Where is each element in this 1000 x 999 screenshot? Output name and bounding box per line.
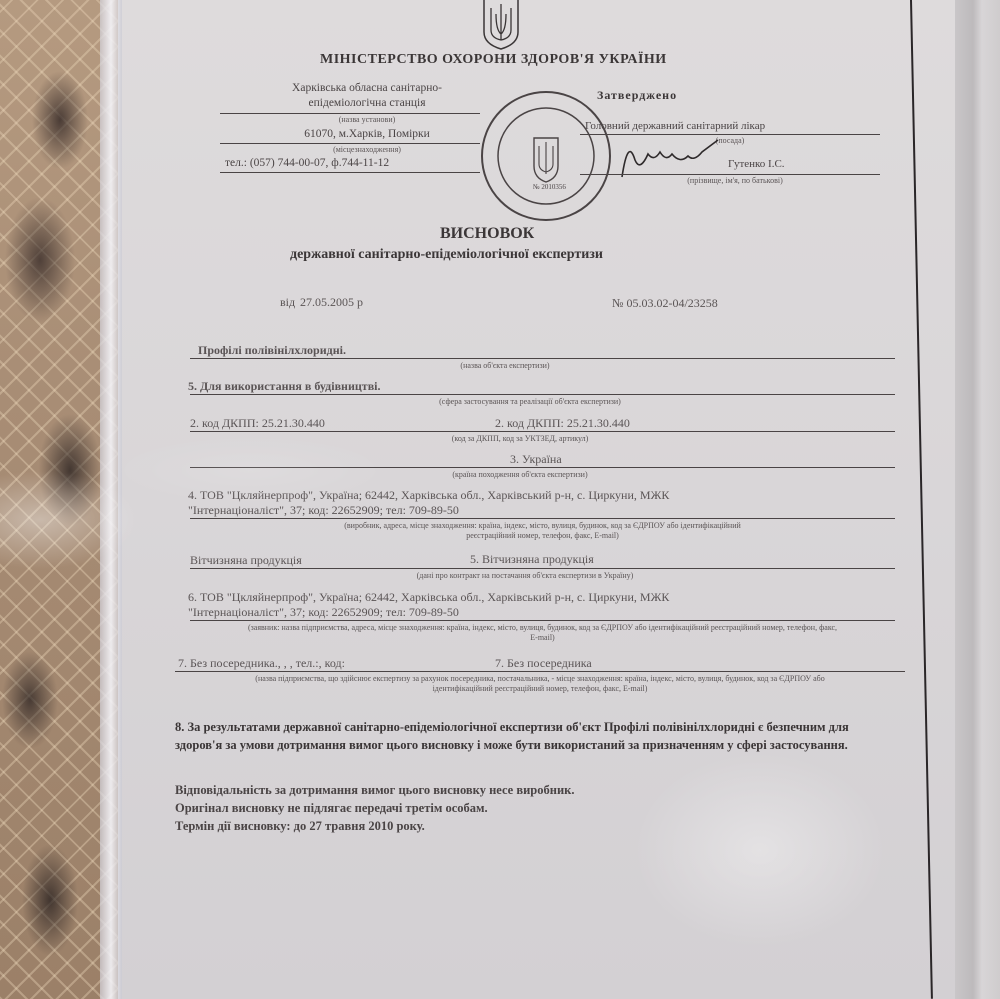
- country-field: 3. Україна: [510, 452, 562, 467]
- scope-field: 5. Для використання в будівництві.: [188, 379, 381, 394]
- import-label: Вітчизняна продукція: [190, 553, 302, 568]
- manufacturer-caption-2: реєстраційний номер, телефон, факс, E-ma…: [190, 531, 895, 540]
- manufacturer-caption-1: (виробник, адреса, місце знаходження: кр…: [190, 521, 895, 530]
- approved-label: Затверджено: [597, 88, 677, 103]
- stamp-code: № 2010356: [533, 183, 566, 191]
- institution-address: 61070, м.Харків, Помірки: [262, 128, 472, 140]
- code-right: 2. код ДКПП: 25.21.30.440: [495, 416, 630, 431]
- institution-line1: Харківська обласна санітарно-: [262, 82, 472, 94]
- intermediary-field: 7. Без посередника., , , тел.:, код:: [178, 656, 345, 671]
- country-caption: (країна походження об'єкта експертизи): [430, 470, 610, 479]
- trident-emblem-icon: [480, 0, 522, 50]
- date-label: від: [280, 295, 295, 310]
- name-caption: (прізвище, ім'я, по батькові): [670, 176, 800, 185]
- manufacturer-line1: 4. ТОВ "Цкляйнерпроф", Україна; 62442, Х…: [188, 488, 908, 503]
- code-caption: (код за ДКПП, код за УКТЗЕД, артикул): [420, 434, 620, 443]
- object-name: Профілі полівінілхлоридні.: [198, 343, 346, 358]
- official-stamp-icon: [478, 88, 614, 224]
- address-caption: (місцезнаходження): [262, 145, 472, 154]
- institution-phone: тел.: (057) 744-00-07, ф.744-11-12: [225, 157, 485, 169]
- supplier-line1: 6. ТОВ "Цкляйнерпроф", Україна; 62442, Х…: [188, 590, 908, 605]
- import-value: 5. Вітчизняна продукція: [470, 552, 594, 567]
- intermediary-right: 7. Без посередника: [495, 656, 592, 671]
- validity-note: Термін дії висновку: до 27 травня 2010 р…: [175, 819, 425, 834]
- conclusion-paragraph: 8. За результатами державної санітарно-е…: [175, 718, 875, 754]
- intermediary-caption-1: (назва підприємства, що здійснює експерт…: [175, 674, 905, 683]
- institution-line2: епідеміологічна станція: [262, 97, 472, 109]
- approver-position: Головний державний санітарний лікар: [585, 120, 765, 132]
- ministry-heading: МІНІСТЕРСТВО ОХОРОНИ ЗДОРОВ'Я УКРАЇНИ: [320, 52, 667, 68]
- responsibility-note: Відповідальність за дотримання вимог цьо…: [175, 783, 575, 798]
- supplier-line2: "Інтернаціоналіст", 37; код: 22652909; т…: [188, 605, 459, 620]
- supplier-caption-2: E-mail): [190, 633, 895, 642]
- institution-caption: (назва установи): [262, 115, 472, 124]
- object-caption: (назва об'єкта експертизи): [400, 361, 610, 370]
- code-left: 2. код ДКПП: 25.21.30.440: [190, 416, 325, 431]
- intermediary-caption-2: ідентифікаційний реєстраційний номер, те…: [175, 684, 905, 693]
- conclusion-document: МІНІСТЕРСТВО ОХОРОНИ ЗДОРОВ'Я УКРАЇНИ Ха…: [0, 0, 1000, 999]
- issue-date: 27.05.2005 р: [300, 295, 363, 310]
- original-note: Оригінал висновку не підлягає передачі т…: [175, 801, 488, 816]
- approver-name: Гутенко І.С.: [728, 158, 785, 170]
- document-number: № 05.03.02-04/23258: [612, 296, 718, 311]
- manufacturer-line2: "Інтернаціоналіст", 37; код: 22652909; т…: [188, 503, 459, 518]
- document-subtitle: державної санітарно-епідеміологічної екс…: [290, 247, 603, 263]
- supplier-caption-1: (заявник: назва підприємства, адреса, мі…: [190, 623, 895, 632]
- document-title: ВИСНОВОК: [440, 225, 534, 243]
- import-caption: (дані про контракт на постачання об'єкта…: [360, 571, 690, 580]
- scope-caption: (сфера застосування та реалізації об'єкт…: [380, 397, 680, 406]
